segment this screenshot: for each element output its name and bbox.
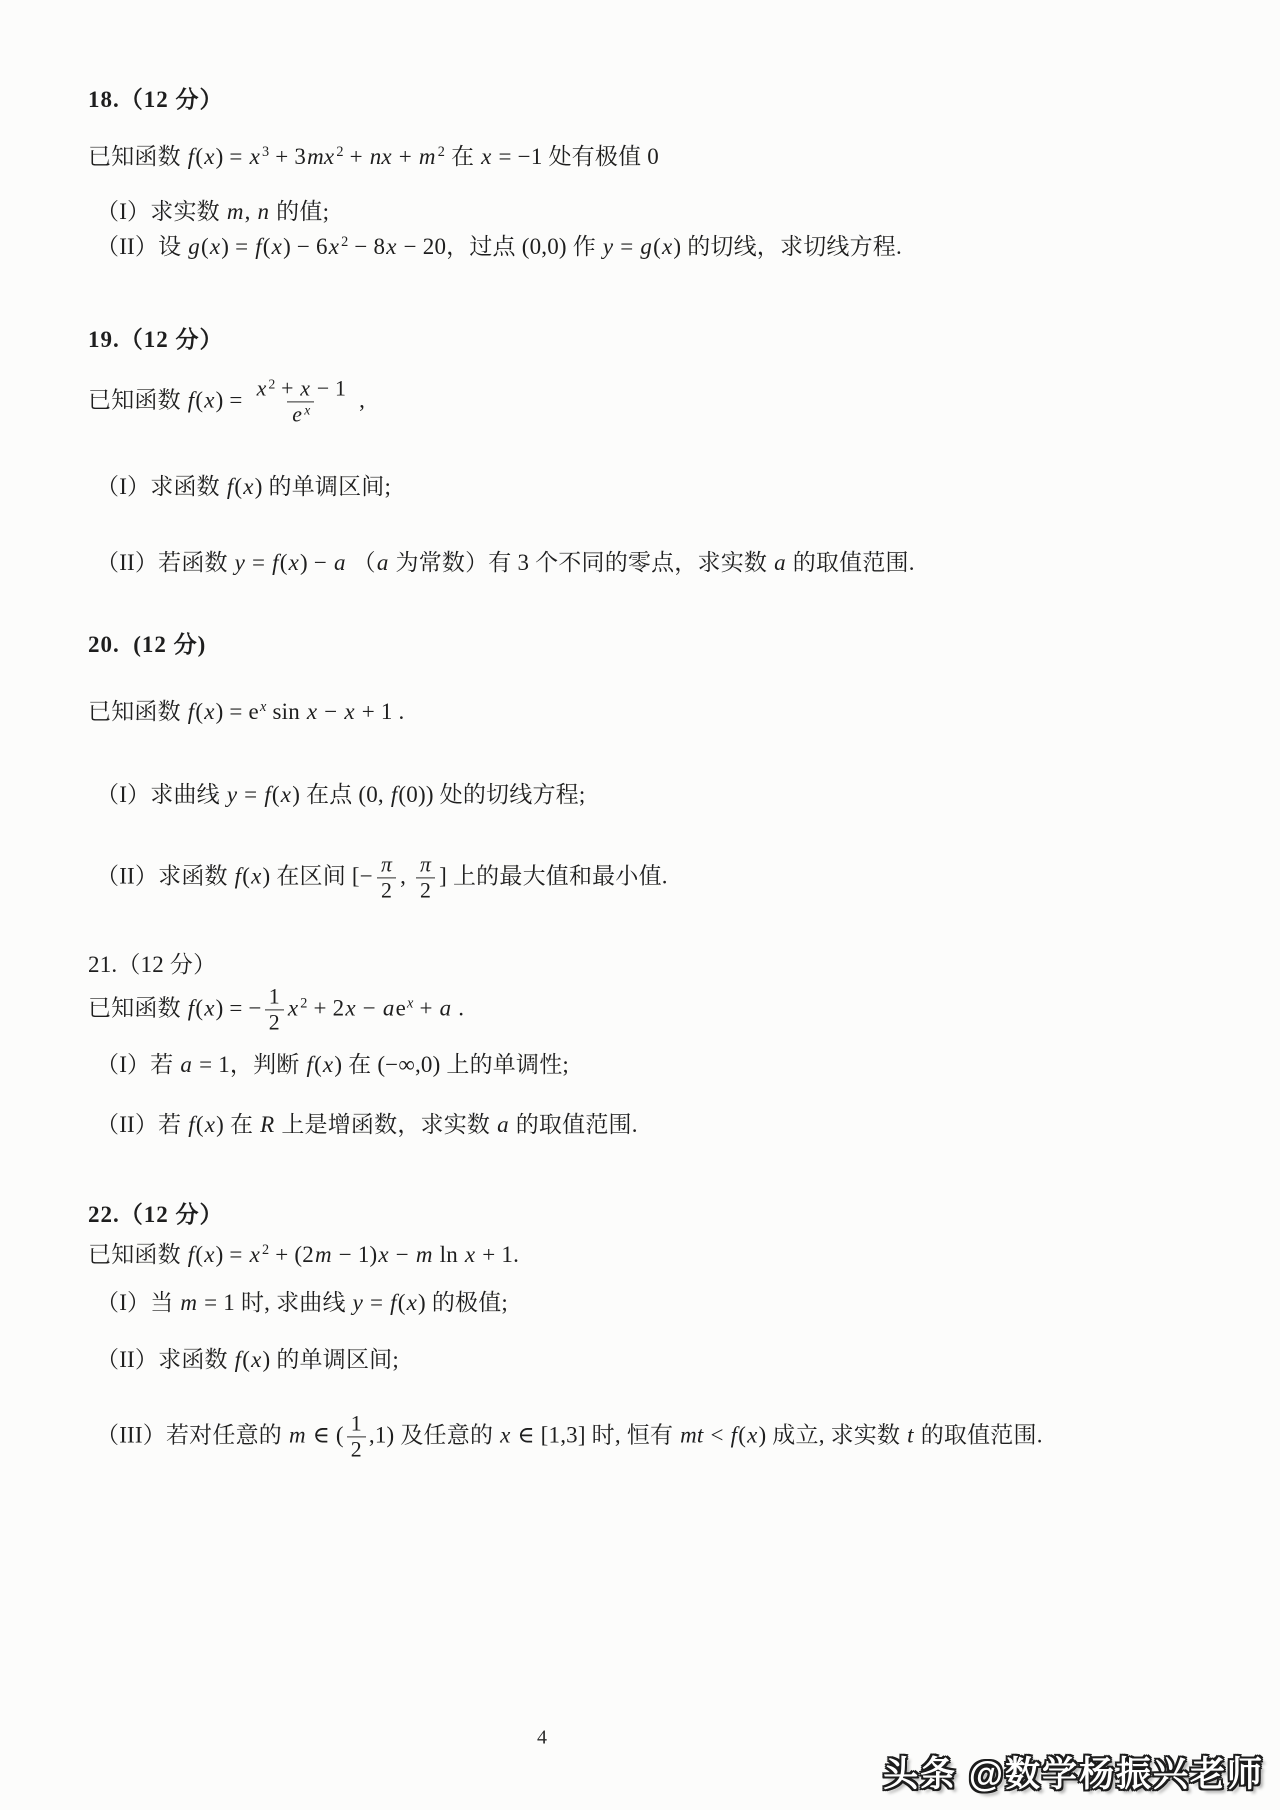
superscript: 2: [268, 376, 275, 391]
superscript: x: [407, 995, 414, 1011]
watermark: 头条 @数学杨振兴老师: [883, 1747, 1264, 1797]
exam-page: 18.（12 分）已知函数 f(x) = x3 + 3mx2 + nx + m2…: [0, 0, 1280, 1810]
superscript: x: [304, 402, 310, 417]
q18-stem: 已知函数 f(x) = x3 + 3mx2 + nx + m2 在 x = −1…: [88, 142, 659, 172]
fraction: π2: [415, 852, 436, 903]
q20-stem: 已知函数 f(x) = ex sin x − x + 1 .: [88, 697, 404, 727]
q22-heading: 22.（12 分）: [88, 1200, 224, 1230]
superscript: 3: [262, 144, 269, 160]
q20-part2: （II）求函数 f(x) 在区间 [−π2, π2] 上的最大值和最小值.: [96, 852, 668, 903]
q21-part1: （I）若 a = 1，判断 f(x) 在 (−∞,0) 上的单调性;: [96, 1050, 569, 1080]
superscript: 2: [262, 1242, 269, 1258]
q20-part1: （I）求曲线 y = f(x) 在点 (0, f(0)) 处的切线方程;: [96, 780, 585, 810]
superscript: 2: [438, 144, 445, 160]
q22-stem: 已知函数 f(x) = x2 + (2m − 1)x − m ln x + 1.: [88, 1240, 519, 1270]
q22-part1: （I）当 m = 1 时, 求曲线 y = f(x) 的极值;: [96, 1288, 508, 1318]
superscript: x: [260, 699, 267, 715]
q21-part2: （II）若 f(x) 在 R 上是增函数，求实数 a 的取值范围.: [96, 1110, 638, 1140]
q18-part2: （II）设 g(x) = f(x) − 6x2 − 8x − 20，过点 (0,…: [96, 232, 902, 262]
q19-part1: （I）求函数 f(x) 的单调区间;: [96, 472, 391, 502]
superscript: 2: [336, 144, 343, 160]
page-number: 4: [537, 1727, 547, 1750]
fraction: 12: [347, 1411, 366, 1462]
q22-part3: （III）若对任意的 m ∈ (12,1) 及任意的 x ∈ [1,3] 时, …: [96, 1411, 1043, 1462]
fraction: x2 + x − 1ex: [252, 376, 351, 427]
superscript: 2: [341, 234, 348, 250]
q20-heading: 20. (12 分): [88, 630, 206, 660]
q21-stem: 已知函数 f(x) = −12x2 + 2x − aex + a .: [88, 984, 464, 1035]
q19-part2: （II）若函数 y = f(x) − a （a 为常数）有 3 个不同的零点，求…: [96, 548, 915, 578]
q18-heading: 18.（12 分）: [88, 85, 224, 115]
q19-heading: 19.（12 分）: [88, 325, 224, 355]
fraction: 12: [265, 984, 284, 1035]
q19-stem: 已知函数 f(x) = x2 + x − 1ex ,: [88, 376, 365, 427]
q22-part2: （II）求函数 f(x) 的单调区间;: [96, 1345, 399, 1375]
superscript: 2: [300, 995, 307, 1011]
q21-heading: 21.（12 分）: [88, 950, 216, 980]
q18-part1: （I）求实数 m, n 的值;: [96, 197, 329, 227]
fraction: π2: [376, 852, 397, 903]
